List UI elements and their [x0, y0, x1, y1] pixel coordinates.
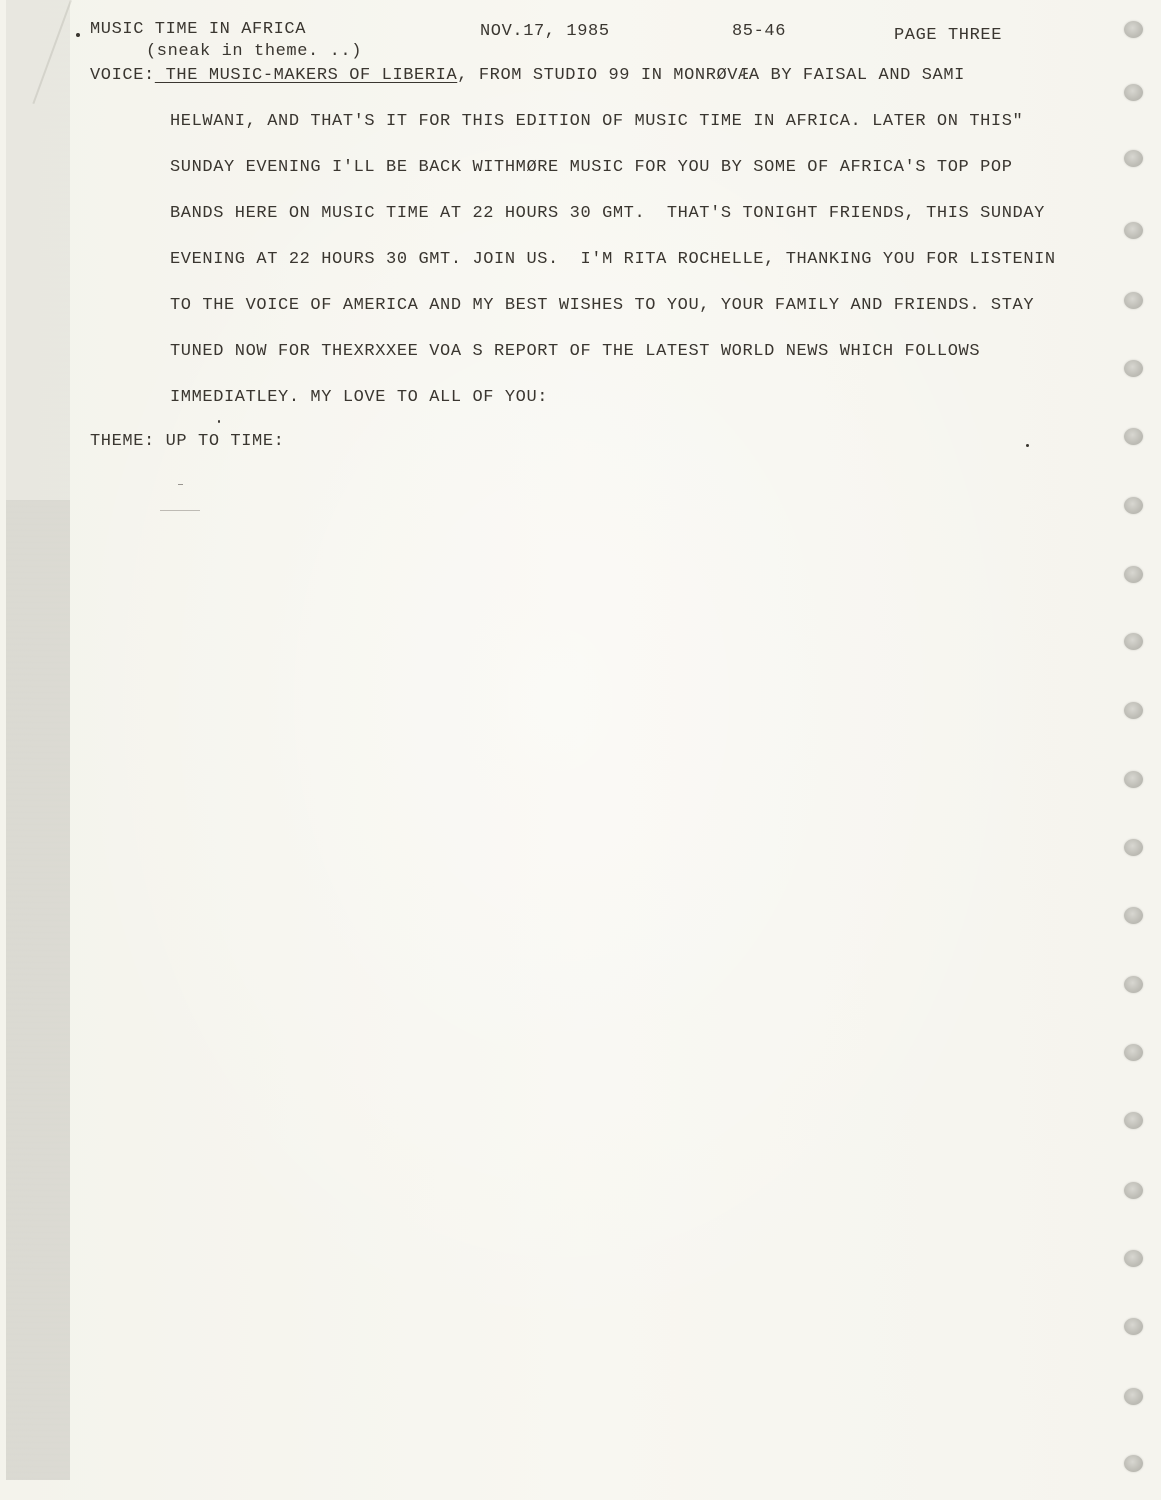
- punch-hole: [1124, 566, 1143, 583]
- script-line: EVENING AT 22 HOURS 30 GMT. JOIN US. I'M…: [170, 250, 1056, 270]
- typewritten-script-page: MUSIC TIME IN AFRICA NOV.17, 1985 85-46 …: [0, 0, 1161, 1500]
- punch-hole: [1124, 1112, 1143, 1129]
- ink-speck: [218, 420, 220, 423]
- punch-hole: [1124, 1455, 1143, 1472]
- punch-hole: [1124, 633, 1143, 650]
- script-line: TUNED NOW FOR THEXRXXEE VOA S REPORT OF …: [170, 342, 980, 362]
- script-line: IMMEDIATLEY. MY LOVE TO ALL OF YOU:: [170, 388, 548, 408]
- voice-underlined-text: THE MUSIC-MAKERS OF LIBERIA: [155, 66, 457, 85]
- punch-hole: [1124, 150, 1143, 167]
- voice-first-line-rest: , FROM STUDIO 99 IN MONRØVÆA BY FAISAL A…: [457, 66, 965, 85]
- ink-speck: [178, 484, 183, 485]
- punch-hole: [1124, 1318, 1143, 1335]
- script-line: SUNDAY EVENING I'LL BE BACK WITHMØRE MUS…: [170, 158, 1013, 178]
- punch-hole: [1124, 839, 1143, 856]
- punch-hole: [1124, 1250, 1143, 1267]
- punch-hole: [1124, 428, 1143, 445]
- page-label: PAGE THREE: [894, 26, 1002, 46]
- broadcast-date: NOV.17, 1985: [480, 22, 610, 42]
- punch-hole: [1124, 222, 1143, 239]
- program-title: MUSIC TIME IN AFRICA: [90, 20, 306, 40]
- voice-cue-line: VOICE: THE MUSIC-MAKERS OF LIBERIA, FROM…: [90, 66, 965, 86]
- punch-hole: [1124, 702, 1143, 719]
- punch-hole: [1124, 84, 1143, 101]
- punch-hole: [1124, 1388, 1143, 1405]
- scan-edge-shadow: [6, 500, 70, 1480]
- punch-hole: [1124, 1182, 1143, 1199]
- program-number: 85-46: [732, 22, 786, 42]
- stage-direction: (sneak in theme. ..): [146, 42, 362, 62]
- script-line: HELWANI, AND THAT'S IT FOR THIS EDITION …: [170, 112, 1023, 132]
- punch-hole: [1124, 21, 1143, 38]
- punch-hole: [1124, 292, 1143, 309]
- ink-speck: [76, 33, 80, 37]
- script-line: BANDS HERE ON MUSIC TIME AT 22 HOURS 30 …: [170, 204, 1045, 224]
- punch-hole: [1124, 976, 1143, 993]
- punch-hole: [1124, 360, 1143, 377]
- ink-speck: [160, 510, 200, 511]
- theme-cue-line: THEME: UP TO TIME:: [90, 432, 284, 452]
- punch-hole: [1124, 771, 1143, 788]
- ink-speck: [1026, 444, 1029, 447]
- voice-label: VOICE:: [90, 66, 155, 85]
- punch-hole: [1124, 1044, 1143, 1061]
- punch-hole: [1124, 907, 1143, 924]
- scan-edge-shadow: [6, 0, 70, 500]
- script-line: TO THE VOICE OF AMERICA AND MY BEST WISH…: [170, 296, 1034, 316]
- punch-hole: [1124, 497, 1143, 514]
